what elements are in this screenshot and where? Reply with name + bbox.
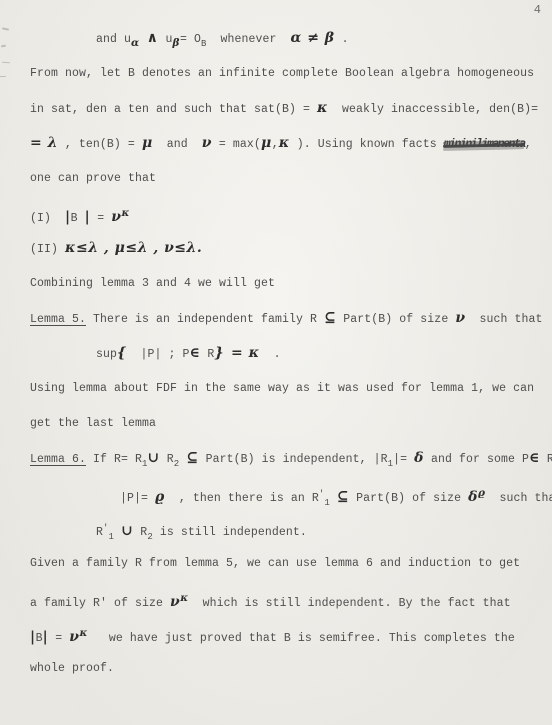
pencil-mark xyxy=(2,62,10,64)
text-run: in sat, den a ten and such that sat(B) = xyxy=(30,103,317,116)
text-run: If R= R xyxy=(86,453,142,466)
text-run: = xyxy=(48,632,69,645)
text-run xyxy=(140,33,147,46)
text-line: R'1 ∪ R2 is still independent. xyxy=(30,511,546,546)
text-line: one can prove that xyxy=(30,161,546,196)
text-run: R xyxy=(96,526,103,539)
text-line: From now, let B denotes an infinite comp… xyxy=(30,56,546,91)
text-run: get the last lemma xyxy=(30,417,156,430)
handwritten-symbol: μ xyxy=(142,135,153,151)
handwritten-symbol: } xyxy=(214,345,224,361)
lemma-label: Lemma 5. xyxy=(30,313,86,326)
text-run: whenever xyxy=(207,33,291,46)
text-run: R xyxy=(133,526,147,539)
handwritten-symbol: { xyxy=(117,345,127,361)
scanned-paper-page: 4 and uα ∧ uβ= OB whenever α ≠ β .From n… xyxy=(0,0,552,725)
text-run: and xyxy=(153,138,202,151)
text-run: such that xyxy=(466,313,543,326)
handwritten-symbol: ν xyxy=(202,135,212,151)
text-line: Given a family R from lemma 5, we can us… xyxy=(30,546,546,581)
lemma-label: β xyxy=(173,37,180,49)
text-run: whole proof. xyxy=(30,662,114,675)
text-run: , xyxy=(525,138,532,151)
text-run: sup xyxy=(96,348,117,361)
handwritten-symbol: μ xyxy=(261,135,272,151)
handwritten-symbol: κ xyxy=(279,135,290,151)
text-run: B xyxy=(71,212,85,225)
handwritten-symbol: ∧ xyxy=(147,30,159,46)
text-line: a family R' of size νκ which is still in… xyxy=(30,581,546,616)
text-run: |P| ; P xyxy=(127,348,190,361)
text-run: such that xyxy=(486,492,552,505)
handwritten-symbol: ∈ xyxy=(529,450,540,466)
lemma-label: Lemma 6. xyxy=(30,453,86,466)
text-line: (I) |B | = νκ xyxy=(30,196,546,231)
text-line: = λ , ten(B) = μ and ν = max(μ,κ ). Usin… xyxy=(30,126,546,161)
handwritten-symbol: δ xyxy=(468,489,478,505)
text-run: and for some P xyxy=(424,453,529,466)
text-run: = xyxy=(90,212,111,225)
text-run: R xyxy=(540,453,552,466)
text-run: There is an independent family R xyxy=(86,313,324,326)
text-run: Part(B) is independent, |R xyxy=(199,453,388,466)
text-run: , ten(B) = xyxy=(58,138,142,151)
text-run: Part(B) of size xyxy=(336,313,455,326)
text-run xyxy=(114,526,121,539)
text-run: ). Using known facts xyxy=(290,138,444,151)
lemma-label: α xyxy=(131,37,140,49)
text-line: and uα ∧ uβ= OB whenever α ≠ β . xyxy=(30,21,546,56)
text-run: |= xyxy=(393,453,414,466)
text-run: B xyxy=(36,632,43,645)
page-number: 4 xyxy=(534,3,541,17)
text-run: = O xyxy=(180,33,201,46)
text-run: R xyxy=(200,348,214,361)
text-line: in sat, den a ten and such that sat(B) =… xyxy=(30,91,546,126)
text-run xyxy=(224,348,231,361)
handwritten-symbol: ⊆ xyxy=(324,310,336,326)
text-run: is still independent. xyxy=(153,526,307,539)
text-run: a family R' of size xyxy=(30,597,170,610)
handwritten-symbol: κ≤λ , μ≤λ , ν≤λ. xyxy=(65,240,202,256)
text-run: , xyxy=(272,138,279,151)
text-run: R xyxy=(160,453,174,466)
handwritten-symbol: = κ xyxy=(231,345,260,361)
text-run: |P|= xyxy=(120,492,155,505)
text-run xyxy=(330,492,337,505)
handwritten-symbol: ν xyxy=(455,310,465,326)
handwritten-symbol: ϱ xyxy=(155,489,165,505)
text-run: From now, let B denotes an infinite comp… xyxy=(30,67,534,80)
text-line: Lemma 6. If R= R1∪ R2 ⊆ Part(B) is indep… xyxy=(30,441,546,476)
text-line: get the last lemma xyxy=(30,406,546,441)
lemma-label: κ xyxy=(121,207,129,219)
text-run: u xyxy=(159,33,173,46)
text-run: . xyxy=(260,348,281,361)
handwritten-symbol: ⊆ xyxy=(186,450,198,466)
text-run: weakly inaccessible, den(B)= xyxy=(328,103,538,116)
handwritten-symbol: ∪ xyxy=(121,523,133,539)
text-run: and u xyxy=(96,33,131,46)
lemma-label: ϱ xyxy=(478,487,485,499)
text-run: Given a family R from lemma 5, we can us… xyxy=(30,557,520,570)
text-run: Part(B) of size xyxy=(349,492,468,505)
text-line: whole proof. xyxy=(30,651,546,686)
lemma-label: κ xyxy=(180,592,188,604)
text-line: Lemma 5. There is an independent family … xyxy=(30,301,546,336)
text-line: Using lemma about FDF in the same way as… xyxy=(30,371,546,406)
pencil-mark xyxy=(0,76,6,77)
text-line: sup{ |P| ; P∈ R} = κ . xyxy=(30,336,546,371)
crossed-out-text: mininilimanenta xyxy=(444,138,525,151)
text-run: we have just proved that B is semifree. … xyxy=(88,632,515,645)
handwritten-symbol: ν xyxy=(170,594,180,610)
text-line: |P|= ϱ , then there is an R'1 ⊆ Part(B) … xyxy=(30,476,546,511)
handwritten-symbol: ν xyxy=(111,209,121,225)
handwritten-symbol: α ≠ β xyxy=(291,30,335,46)
text-line: (II) κ≤λ , μ≤λ , ν≤λ. xyxy=(30,231,546,266)
text-run: = max( xyxy=(212,138,261,151)
lemma-label: κ xyxy=(79,627,87,639)
text-run: one can prove that xyxy=(30,172,156,185)
text-run: , then there is an R xyxy=(165,492,319,505)
pencil-mark xyxy=(1,45,6,48)
handwritten-symbol: δ xyxy=(414,450,424,466)
text-run: (II) xyxy=(30,243,65,256)
handwritten-symbol: ∈ xyxy=(190,345,201,361)
text-run: Using lemma about FDF in the same way as… xyxy=(30,382,534,395)
text-run: which is still independent. By the fact … xyxy=(189,597,511,610)
text-run: . xyxy=(335,33,349,46)
pencil-mark xyxy=(2,27,9,30)
handwritten-symbol: ⊆ xyxy=(337,489,349,505)
handwritten-symbol: ∪ xyxy=(148,450,160,466)
text-run: (I) xyxy=(30,212,65,225)
typewritten-text-block: and uα ∧ uβ= OB whenever α ≠ β .From now… xyxy=(30,21,546,686)
handwritten-symbol: ν xyxy=(69,629,79,645)
handwritten-symbol: κ xyxy=(317,100,328,116)
text-line: Combining lemma 3 and 4 we will get xyxy=(30,266,546,301)
text-line: |B| = νκ we have just proved that B is s… xyxy=(30,616,546,651)
text-run: Combining lemma 3 and 4 we will get xyxy=(30,277,275,290)
handwritten-symbol: = λ xyxy=(30,135,58,151)
